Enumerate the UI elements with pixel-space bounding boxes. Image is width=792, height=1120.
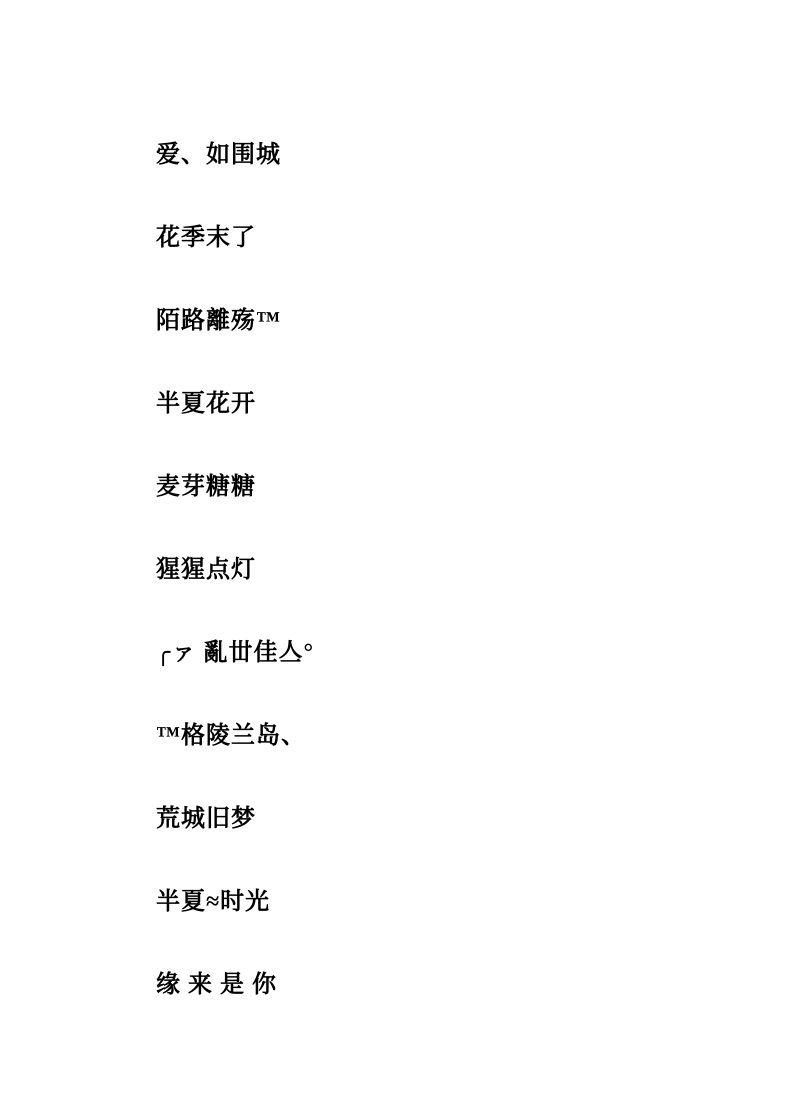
nickname-line: 荒城旧梦 [156,805,712,888]
nickname-line: 半夏≈时光 [156,888,712,971]
nickname-line: 半夏花开 [156,390,712,473]
nickname-line: 爱、如围城 [156,141,712,224]
document-page: 爱、如围城 花季末了 陌路離殇™ 半夏花开 麦芽糖糖 猩猩点灯 ╭ァ 亂丗佳亼°… [0,0,792,1120]
nickname-line: 花季末了 [156,224,712,307]
nickname-line: ™格陵兰岛、 [156,722,712,805]
nickname-line: 麦芽糖糖 [156,473,712,556]
nickname-line: 陌路離殇™ [156,307,712,390]
nickname-line: 缘 来 是 你 [156,971,712,1054]
nickname-line: 猩猩点灯 [156,556,712,639]
nickname-line: ╭ァ 亂丗佳亼° [156,639,712,722]
nickname-list: 爱、如围城 花季末了 陌路離殇™ 半夏花开 麦芽糖糖 猩猩点灯 ╭ァ 亂丗佳亼°… [156,141,712,1054]
